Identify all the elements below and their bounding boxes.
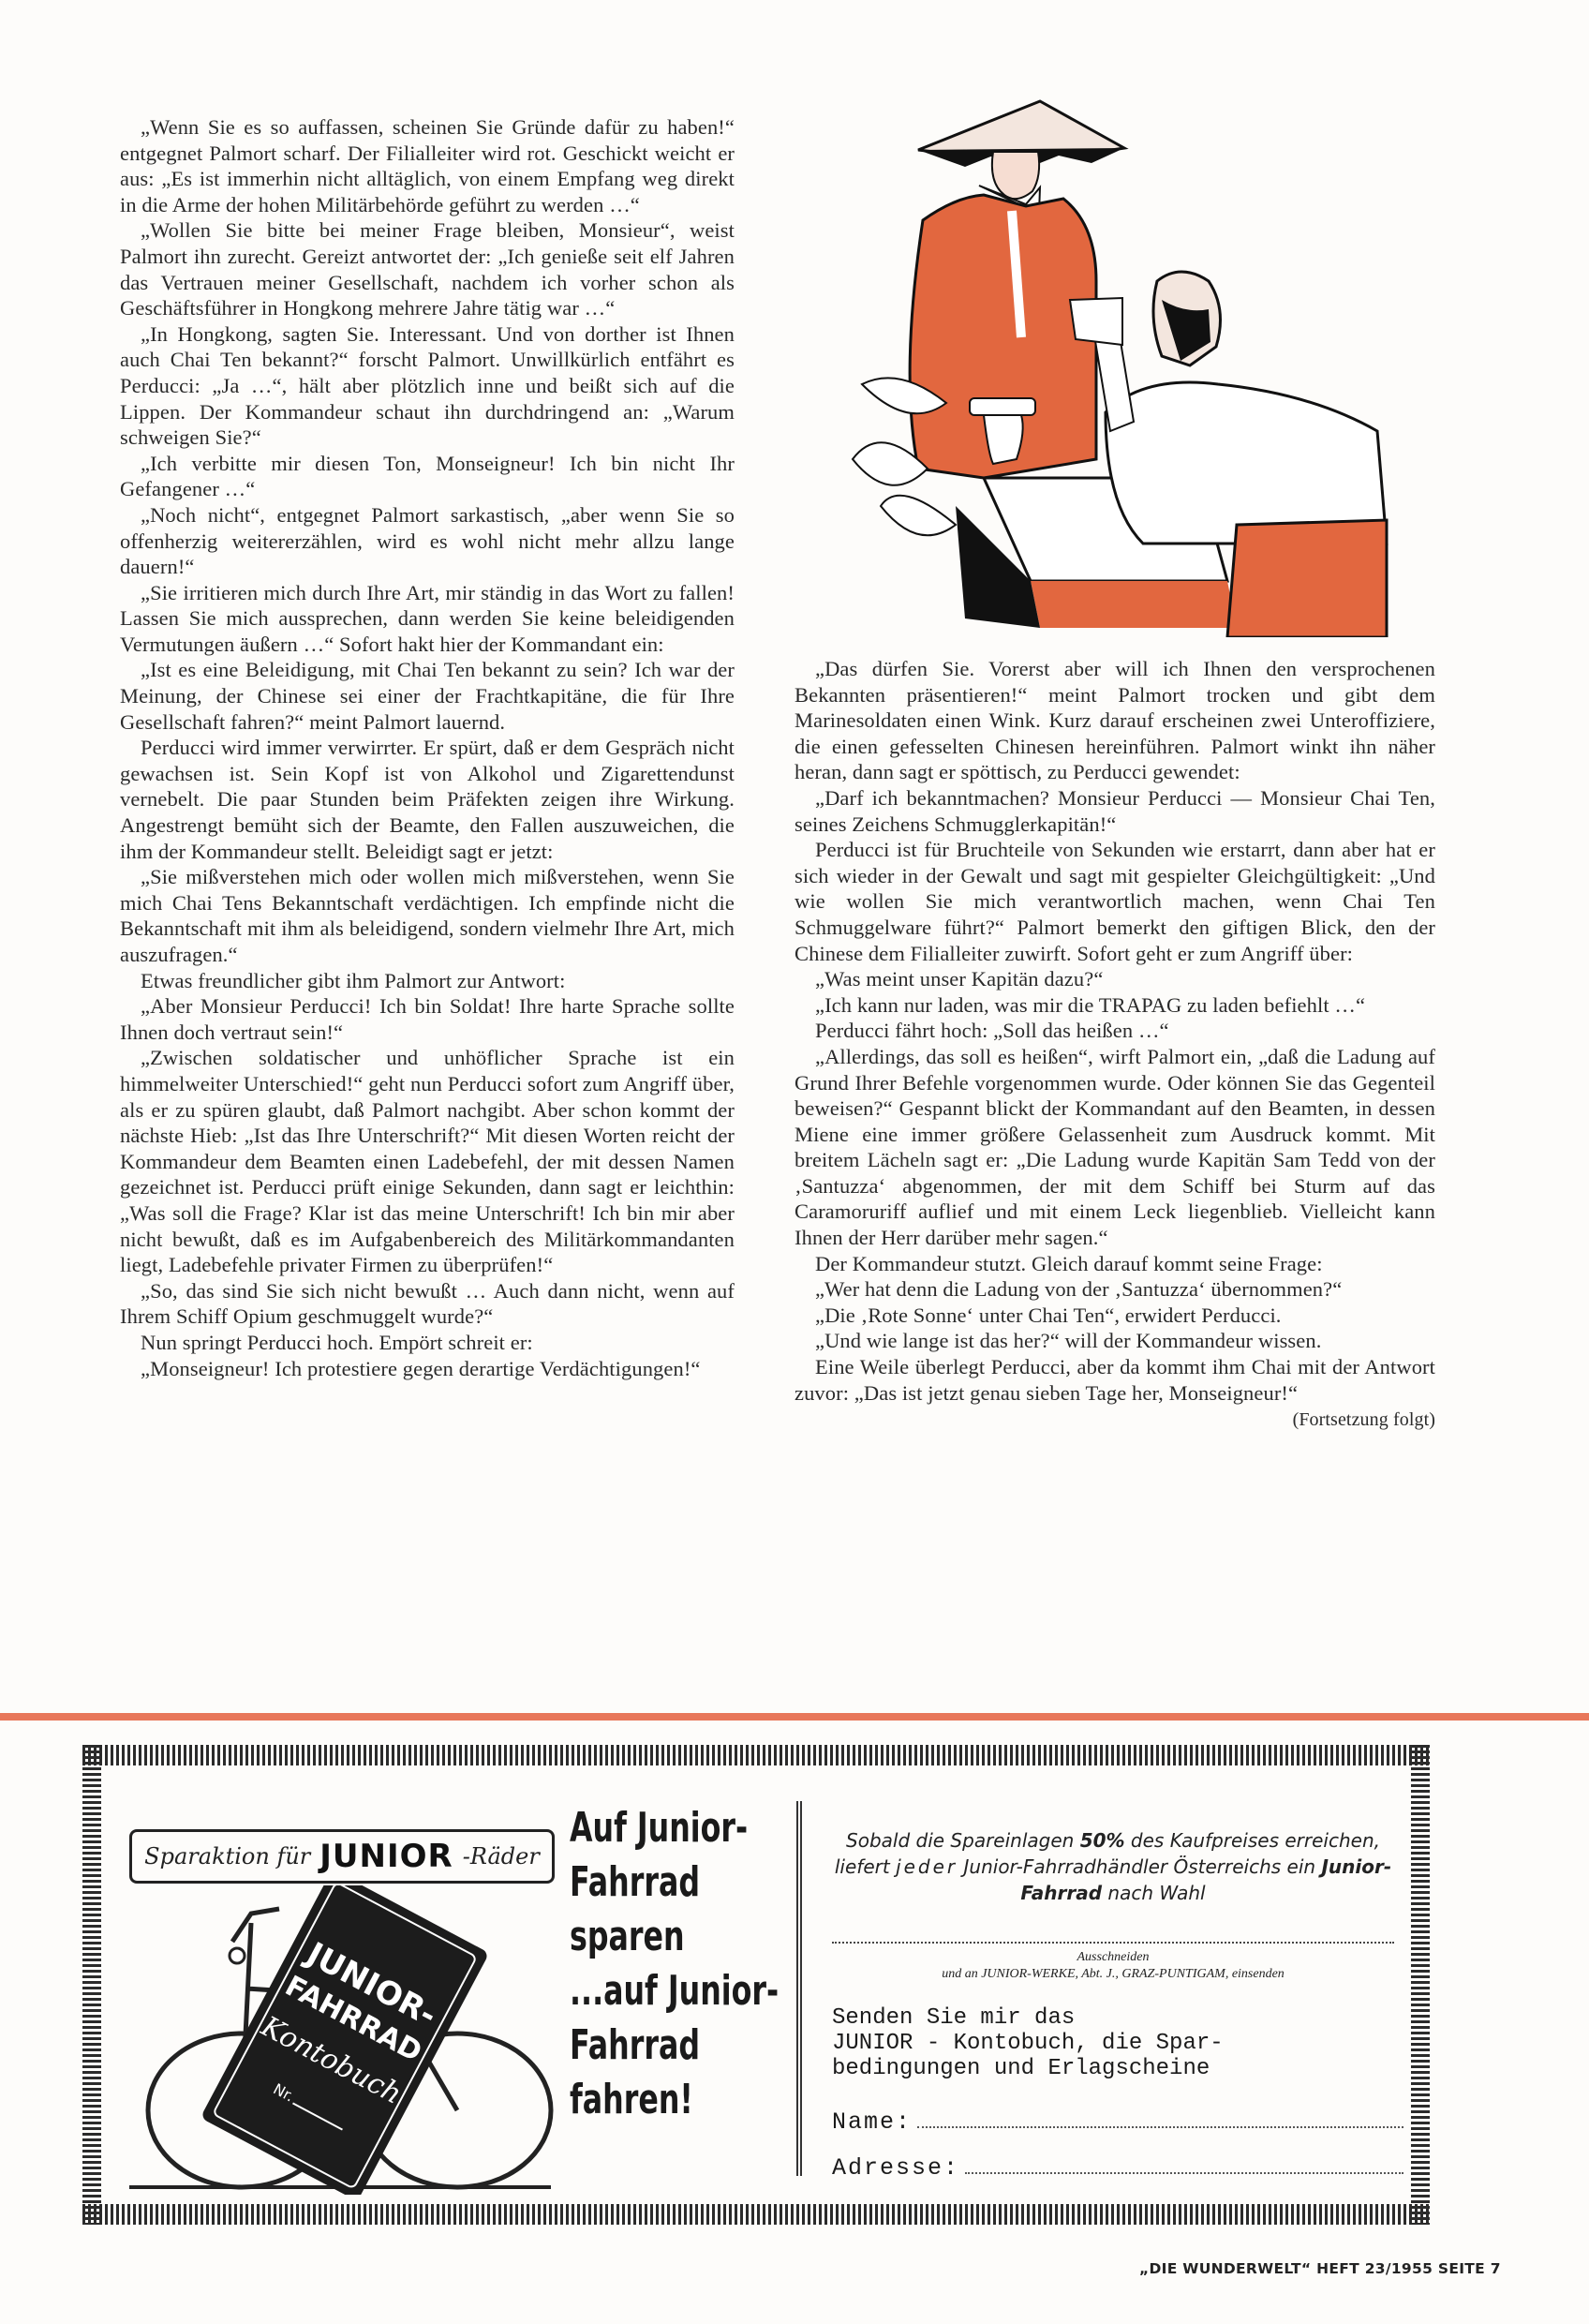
paragraph: „Ich kann nur laden, was mir die TRAPAG … bbox=[794, 992, 1435, 1019]
paragraph: „Allerdings, das soll es heißen“, wirft … bbox=[794, 1044, 1435, 1251]
slogan-line: sparen bbox=[570, 1910, 732, 1964]
section-divider bbox=[0, 1713, 1589, 1721]
paragraph: „Monseigneur! Ich protestiere gegen dera… bbox=[120, 1356, 735, 1382]
paragraph: „Sie mißverstehen mich oder wollen mich … bbox=[120, 864, 735, 967]
ad-border-right bbox=[1411, 1745, 1430, 2225]
ad-border-bottom bbox=[82, 2204, 1430, 2225]
paragraph: „Ist es eine Beleidigung, mit Chai Ten b… bbox=[120, 657, 735, 735]
paragraph: „Wer hat denn die Ladung von der ‚Santuz… bbox=[794, 1276, 1435, 1303]
continuation-note: (Fortsetzung folgt) bbox=[1272, 1408, 1435, 1434]
paragraph: „Was meint unser Kapitän dazu?“ bbox=[794, 966, 1435, 992]
coupon-divider bbox=[796, 1801, 802, 2176]
offer-text: Sobald die Spareinlagen 50% des Kaufprei… bbox=[823, 1827, 1403, 1906]
offer-part: Junior-Fahrradhändler Österreichs ein bbox=[958, 1855, 1321, 1878]
cut-line bbox=[832, 1942, 1394, 1944]
slogan-line: fahren! bbox=[570, 2073, 732, 2127]
paragraph: „Die ‚Rote Sonne‘ unter Chai Ten“, erwid… bbox=[794, 1303, 1435, 1329]
paragraph: „Wenn Sie es so auffassen, scheinen Sie … bbox=[120, 114, 735, 217]
paragraph: „So, das sind Sie sich nicht bewußt … Au… bbox=[120, 1278, 735, 1330]
ad-border-left bbox=[82, 1745, 101, 2225]
page-footer: „DIE WUNDERWELT“ HEFT 23/1955 SEITE 7 bbox=[1139, 2260, 1501, 2277]
illustration-graphic bbox=[824, 94, 1462, 637]
paragraph: Nun springt Perducci hoch. Empört schrei… bbox=[120, 1330, 735, 1356]
paragraph: „Ich verbitte mir diesen Ton, Monseigneu… bbox=[120, 451, 735, 502]
offer-percent: 50% bbox=[1080, 1829, 1125, 1852]
name-field-row: Name: bbox=[832, 2109, 1403, 2135]
coupon-text-line: bedingungen und Erlagscheine bbox=[832, 2056, 1403, 2081]
paragraph: Etwas freundlicher gibt ihm Palmort zur … bbox=[120, 968, 735, 994]
ad-slogan: Auf Junior- Fahrrad sparen ...auf Junior… bbox=[570, 1801, 732, 2127]
cut-label: Ausschneiden bbox=[823, 1949, 1403, 1966]
paragraph: Eine Weile überlegt Perducci, aber da ko… bbox=[794, 1354, 1435, 1406]
mail-instructions: Ausschneiden und an JUNIOR-WERKE, Abt. J… bbox=[823, 1949, 1403, 1983]
slogan-line: ...auf Junior- bbox=[570, 1964, 732, 2019]
bicycle-and-savings-book-icon: JUNIOR- FAHRRAD Kontobuch Nr. bbox=[120, 1885, 560, 2195]
banner-brand: JUNIOR bbox=[319, 1838, 453, 1875]
banner-script-suffix: -Räder bbox=[463, 1843, 540, 1870]
paragraph: Perducci wird immer verwirrter. Er spürt… bbox=[120, 735, 735, 864]
article-left-column: „Wenn Sie es so auffassen, scheinen Sie … bbox=[120, 114, 735, 1381]
article-right-column: „Das dürfen Sie. Vorerst aber will ich I… bbox=[794, 656, 1435, 1434]
offer-part: Sobald die Spareinlagen bbox=[846, 1829, 1080, 1852]
slogan-line: Fahrrad bbox=[570, 2019, 732, 2073]
junior-bicycle-advertisement: Sparaktion für JUNIOR -Räder JUNIOR- FAH… bbox=[82, 1745, 1430, 2225]
coupon-form: Senden Sie mir das JUNIOR - Kontobuch, d… bbox=[832, 2005, 1403, 2181]
paragraph: Perducci fährt hoch: „Soll das heißen …“ bbox=[794, 1018, 1435, 1044]
mail-address: und an JUNIOR-WERKE, Abt. J., GRAZ-PUNTI… bbox=[823, 1966, 1403, 1983]
address-label: Adresse: bbox=[832, 2155, 959, 2181]
offer-emphasis: jeder bbox=[896, 1855, 958, 1878]
paragraph: Perducci ist für Bruchteile von Sekunden… bbox=[794, 837, 1435, 966]
paragraph-text: Eine Weile überlegt Perducci, aber da ko… bbox=[794, 1355, 1435, 1405]
coupon-text-line: Senden Sie mir das bbox=[832, 2005, 1403, 2031]
address-field-row: Adresse: bbox=[832, 2155, 1403, 2181]
slogan-line: Auf Junior- bbox=[570, 1801, 732, 1855]
name-field[interactable] bbox=[917, 2109, 1403, 2128]
story-illustration bbox=[824, 94, 1462, 637]
offer-part: nach Wahl bbox=[1102, 1882, 1206, 1904]
paragraph: „Aber Monsieur Perducci! Ich bin Soldat!… bbox=[120, 993, 735, 1045]
coupon-text-line: JUNIOR - Kontobuch, die Spar- bbox=[832, 2031, 1403, 2056]
paragraph: „Wollen Sie bitte bei meiner Frage bleib… bbox=[120, 217, 735, 320]
paragraph: „In Hongkong, sagten Sie. Interessant. U… bbox=[120, 321, 735, 451]
ad-banner: Sparaktion für JUNIOR -Räder bbox=[129, 1829, 555, 1884]
paragraph: „Sie irritieren mich durch Ihre Art, mir… bbox=[120, 580, 735, 658]
ad-illustration-panel: Sparaktion für JUNIOR -Räder JUNIOR- FAH… bbox=[120, 1782, 551, 2195]
paragraph: „Das dürfen Sie. Vorerst aber will ich I… bbox=[794, 656, 1435, 785]
paragraph: Der Kommandeur stutzt. Gleich darauf kom… bbox=[794, 1251, 1435, 1277]
paragraph: „Noch nicht“, entgegnet Palmort sarkasti… bbox=[120, 502, 735, 580]
ad-border-top bbox=[82, 1745, 1430, 1765]
slogan-line: Fahrrad bbox=[570, 1855, 732, 1910]
name-label: Name: bbox=[832, 2109, 912, 2135]
paragraph: „Darf ich bekanntmachen? Monsieur Perduc… bbox=[794, 785, 1435, 837]
banner-script: Sparaktion für bbox=[144, 1843, 310, 1870]
ad-coupon-panel: Sobald die Spareinlagen 50% des Kaufprei… bbox=[823, 1782, 1403, 2181]
paragraph: „Zwischen soldatischer und unhöflicher S… bbox=[120, 1045, 735, 1277]
address-field[interactable] bbox=[965, 2155, 1403, 2174]
paragraph: „Und wie lange ist das her?“ will der Ko… bbox=[794, 1328, 1435, 1354]
